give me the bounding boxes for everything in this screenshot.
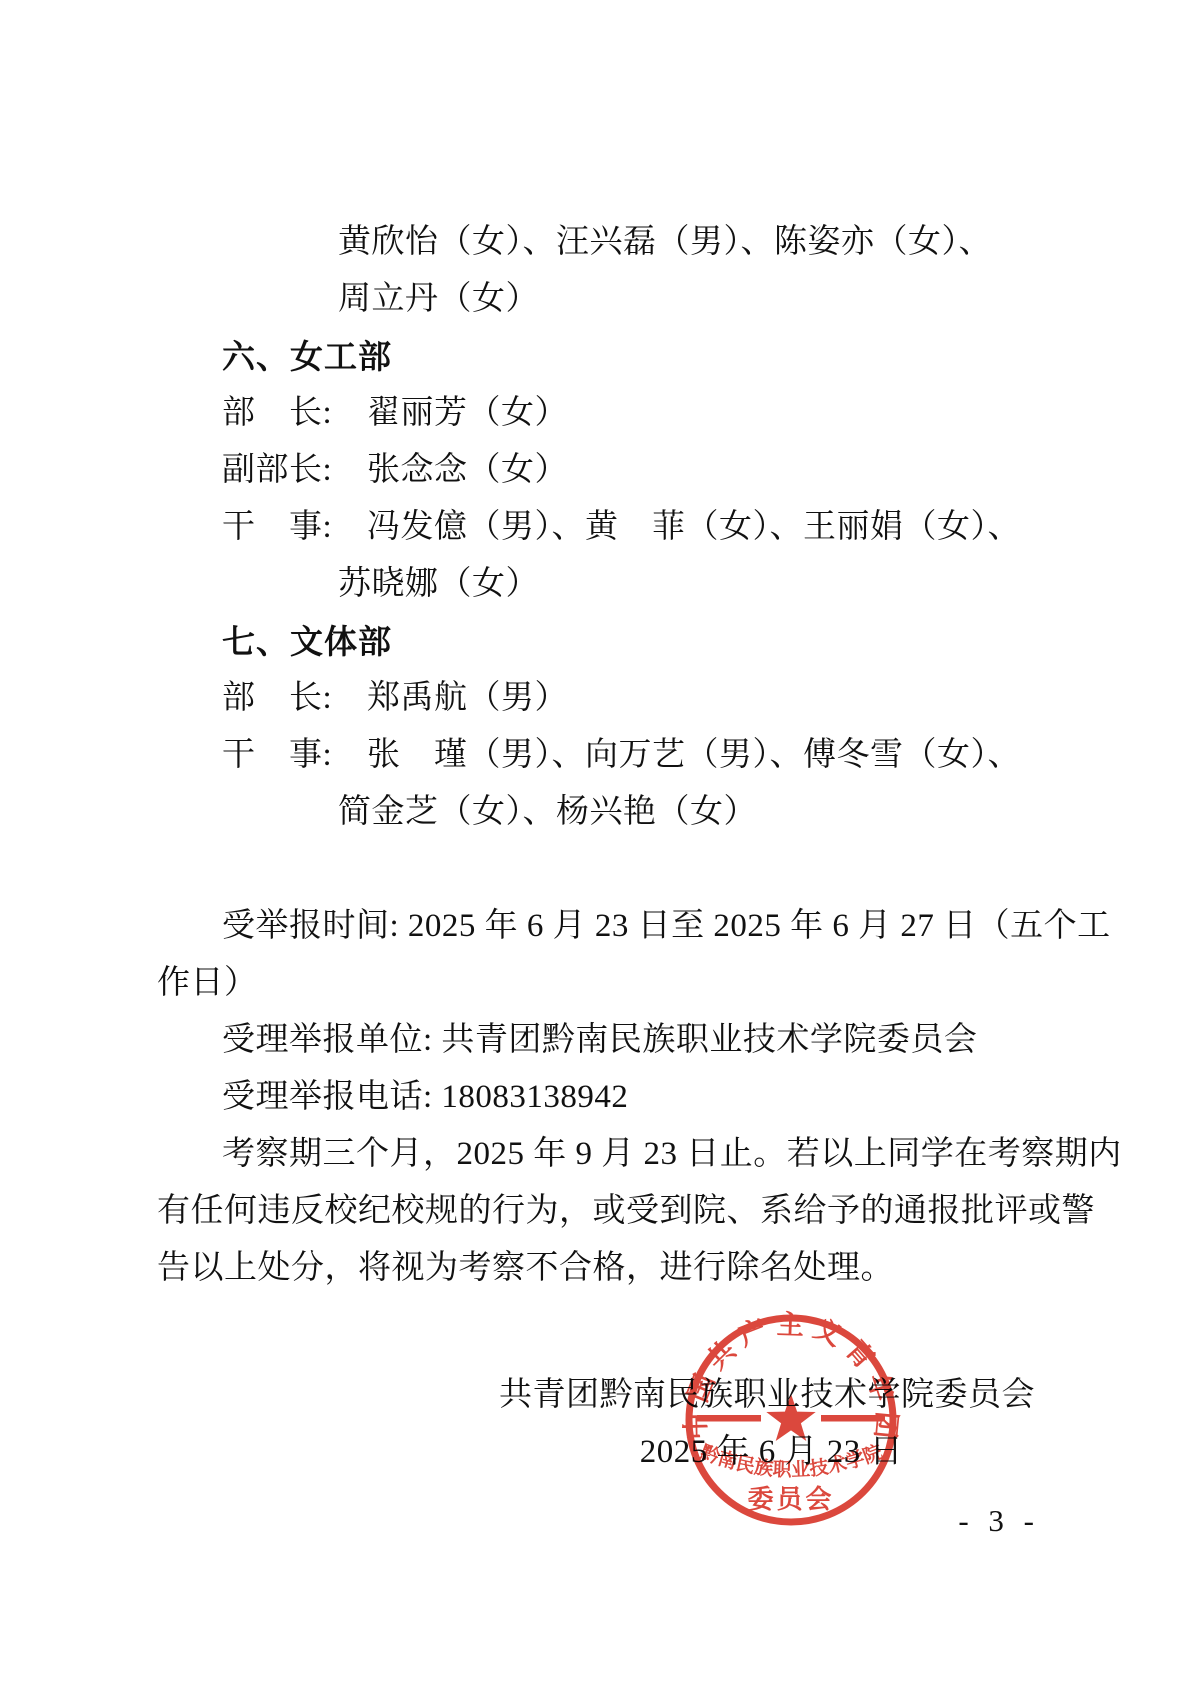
spacer [157, 1297, 1035, 1367]
member-names-continuation: 简金芝（女）、杨兴艳（女） [338, 784, 1035, 841]
role-label: 部 长: [222, 385, 367, 442]
role-names: 冯发億（男）、黄 菲（女）、王丽娟（女）、 [367, 509, 1021, 545]
role-label: 部 长: [222, 670, 367, 727]
inspection-period-line: 考察期三个月，2025 年 9 月 23 日止。若以上同学在考察期内 [222, 1126, 1035, 1183]
seal-committee-text: 委员会 [747, 1485, 834, 1514]
section-heading-7: 七、文体部 [222, 613, 1035, 670]
section-heading-6: 六、女工部 [222, 328, 1035, 385]
document-page: 黄欣怡（女）、汪兴磊（男）、陈姿亦（女）、 周立丹（女） 六、女工部 部 长:翟… [0, 0, 1191, 1684]
role-label: 干 事: [222, 499, 367, 556]
role-names: 郑禹航（男） [367, 680, 568, 716]
role-names: 张 瑾（男）、向万艺（男）、傅冬雪（女）、 [367, 737, 1021, 773]
document-body: 黄欣怡（女）、汪兴磊（男）、陈姿亦（女）、 周立丹（女） 六、女工部 部 长:翟… [157, 214, 1035, 1481]
role-line: 干 事:张 瑾（男）、向万艺（男）、傅冬雪（女）、 [222, 727, 1035, 784]
role-label: 干 事: [222, 727, 367, 784]
role-line: 干 事:冯发億（男）、黄 菲（女）、王丽娟（女）、 [222, 499, 1035, 556]
role-names: 翟丽芳（女） [367, 395, 568, 431]
report-unit-line: 受理举报单位: 共青团黔南民族职业技术学院委员会 [222, 1012, 1035, 1069]
inspection-period-line: 有任何违反校纪校规的行为，或受到院、系给予的通报批评或警 [157, 1183, 1035, 1240]
page-number: - 3 - [958, 1503, 1040, 1539]
role-label: 副部长: [222, 442, 367, 499]
report-phone-line: 受理举报电话: 18083138942 [222, 1069, 1035, 1126]
signature-date: 2025 年 6 月 23 日 [157, 1424, 1035, 1481]
role-line: 部 长:郑禹航（男） [222, 670, 1035, 727]
role-names: 张念念（女） [367, 452, 568, 488]
signature-org: 共青团黔南民族职业技术学院委员会 [157, 1367, 1035, 1424]
report-time-line-wrap: 作日） [157, 955, 1035, 1012]
blank-line [157, 841, 1035, 898]
inspection-period-line: 告以上处分，将视为考察不合格，进行除名处理。 [157, 1240, 1035, 1297]
role-line: 副部长:张念念（女） [222, 442, 1035, 499]
member-names-continuation: 周立丹（女） [338, 271, 1035, 328]
member-names-continuation: 苏晓娜（女） [338, 556, 1035, 613]
member-names-continuation: 黄欣怡（女）、汪兴磊（男）、陈姿亦（女）、 [338, 214, 1035, 271]
role-line: 部 长:翟丽芳（女） [222, 385, 1035, 442]
report-time-line: 受举报时间: 2025 年 6 月 23 日至 2025 年 6 月 27 日（… [222, 898, 1035, 955]
